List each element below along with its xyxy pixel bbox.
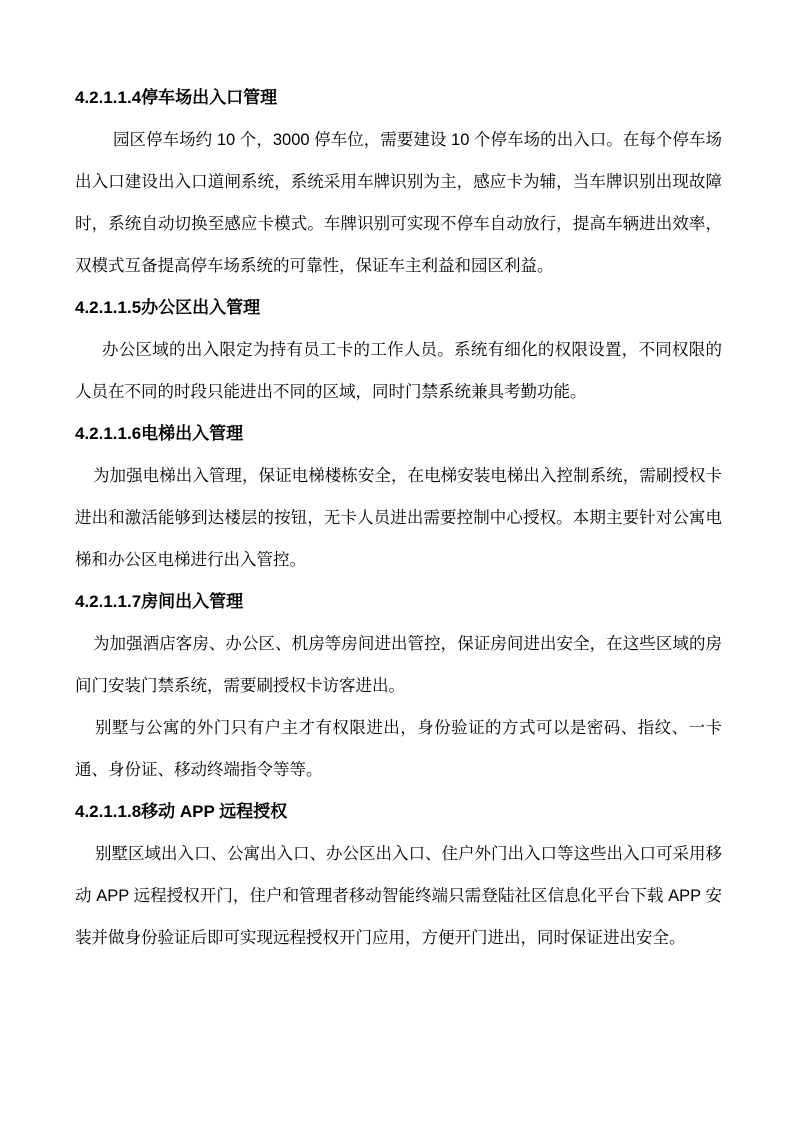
section-elevator-access: 4.2.1.1.6电梯出入管理 为加强电梯出入管理，保证电梯楼栋安全，在电梯安装… bbox=[75, 413, 722, 581]
section-mobile-app-authorization: 4.2.1.1.8移动 APP 远程授权 别墅区域出入口、公寓出入口、办公区出入… bbox=[75, 791, 722, 959]
section-office-access: 4.2.1.1.5办公区出入管理 办公区域的出入限定为持有员工卡的工作人员。系统… bbox=[75, 287, 722, 413]
section-heading-room-access: 4.2.1.1.7房间出入管理 bbox=[75, 581, 722, 623]
paragraph: 办公区域的出入限定为持有员工卡的工作人员。系统有细化的权限设置，不同权限的人员在… bbox=[75, 329, 722, 413]
section-heading-mobile-app-authorization: 4.2.1.1.8移动 APP 远程授权 bbox=[75, 791, 722, 833]
paragraph: 为加强酒店客房、办公区、机房等房间进出管控，保证房间进出安全，在这些区域的房间门… bbox=[75, 623, 722, 707]
section-room-access: 4.2.1.1.7房间出入管理 为加强酒店客房、办公区、机房等房间进出管控，保证… bbox=[75, 581, 722, 791]
section-heading-elevator-access: 4.2.1.1.6电梯出入管理 bbox=[75, 413, 722, 455]
paragraph: 园区停车场约 10 个，3000 停车位，需要建设 10 个停车场的出入口。在每… bbox=[75, 119, 722, 287]
section-parking-entrance: 4.2.1.1.4停车场出入口管理 园区停车场约 10 个，3000 停车位，需… bbox=[75, 77, 722, 287]
section-heading-office-access: 4.2.1.1.5办公区出入管理 bbox=[75, 287, 722, 329]
section-heading-parking-entrance: 4.2.1.1.4停车场出入口管理 bbox=[75, 77, 722, 119]
document-page: 4.2.1.1.4停车场出入口管理 园区停车场约 10 个，3000 停车位，需… bbox=[0, 0, 793, 1122]
paragraph: 别墅区域出入口、公寓出入口、办公区出入口、住户外门出入口等这些出入口可采用移动 … bbox=[75, 833, 722, 959]
paragraph: 别墅与公寓的外门只有户主才有权限进出，身份验证的方式可以是密码、指纹、一卡通、身… bbox=[75, 707, 722, 791]
paragraph: 为加强电梯出入管理，保证电梯楼栋安全，在电梯安装电梯出入控制系统，需刷授权卡进出… bbox=[75, 455, 722, 581]
